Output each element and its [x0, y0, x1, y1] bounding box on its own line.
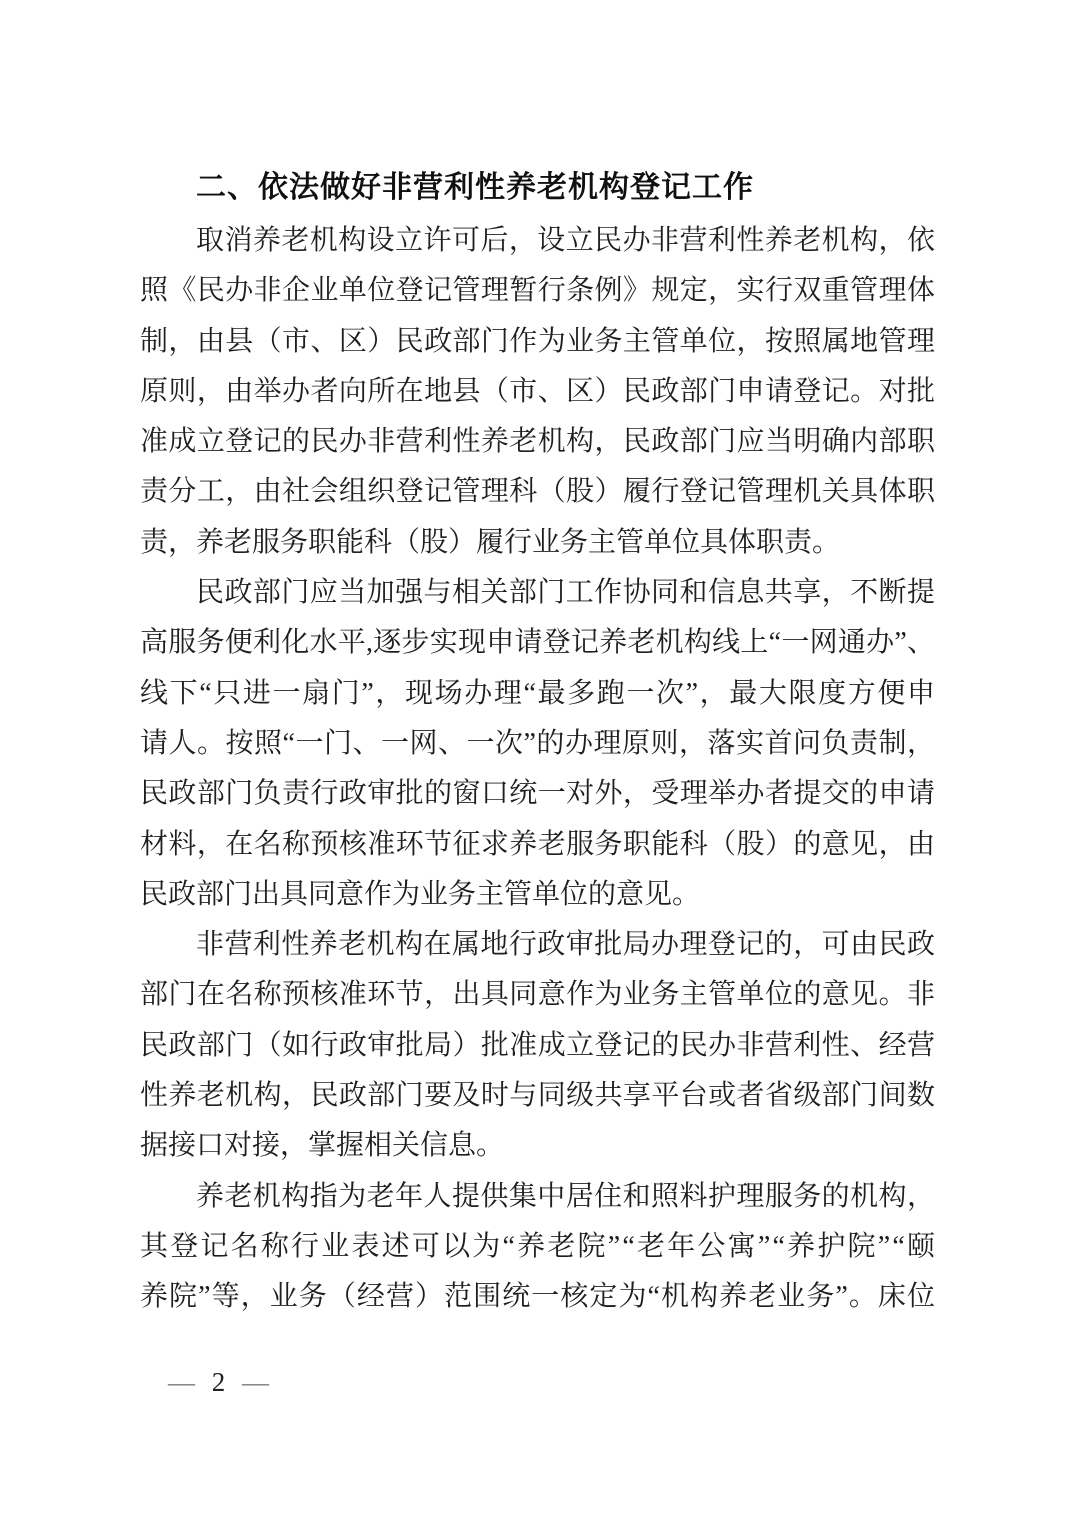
page-number-dash-right: — [242, 1367, 269, 1397]
document-page: 二、依法做好非营利性养老机构登记工作 取消养老机构设立许可后，设立民办非营利性养… [0, 0, 1074, 1520]
text-line: 民政部门出具同意作为业务主管单位的意见。 [140, 870, 935, 920]
text-line: 其登记名称行业表述可以为“养老院”“老年公寓”“养护院”“颐 [140, 1222, 935, 1272]
text-line: 部门在名称预核准环节，出具同意作为业务主管单位的意见。非 [140, 970, 935, 1020]
page-number-value: 2 [212, 1367, 226, 1397]
section-heading: 二、依法做好非营利性养老机构登记工作 [140, 159, 935, 216]
text-line: 民政部门（如行政审批局）批准成立登记的民办非营利性、经营 [140, 1021, 935, 1071]
text-line: 养院”等，业务（经营）范围统一核定为“机构养老业务”。床位 [140, 1272, 935, 1322]
text-line: 材料，在名称预核准环节征求养老服务职能科（股）的意见，由 [140, 820, 935, 870]
text-line: 非营利性养老机构在属地行政审批局办理登记的，可由民政 [140, 920, 935, 970]
paragraphs-container: 取消养老机构设立许可后，设立民办非营利性养老机构，依照《民办非企业单位登记管理暂… [140, 216, 935, 1323]
text-line: 责，养老服务职能科（股）履行业务主管单位具体职责。 [140, 518, 935, 568]
text-line: 线下“只进一扇门”，现场办理“最多跑一次”，最大限度方便申 [140, 669, 935, 719]
text-line: 责分工，由社会组织登记管理科（股）履行登记管理机关具体职 [140, 467, 935, 517]
text-line: 原则，由举办者向所在地县（市、区）民政部门申请登记。对批 [140, 367, 935, 417]
text-line: 民政部门应当加强与相关部门工作协同和信息共享，不断提 [140, 568, 935, 618]
text-line: 据接口对接，掌握相关信息。 [140, 1121, 935, 1171]
text-line: 高服务便利化水平,逐步实现申请登记养老机构线上“一网通办”、 [140, 618, 935, 668]
text-line: 请人。按照“一门、一网、一次”的办理原则，落实首问负责制， [140, 719, 935, 769]
text-line: 养老机构指为老年人提供集中居住和照料护理服务的机构， [140, 1172, 935, 1222]
text-line: 照《民办非企业单位登记管理暂行条例》规定，实行双重管理体 [140, 266, 935, 316]
text-line: 准成立登记的民办非营利性养老机构，民政部门应当明确内部职 [140, 417, 935, 467]
text-line: 民政部门负责行政审批的窗口统一对外，受理举办者提交的申请 [140, 769, 935, 819]
text-line: 制，由县（市、区）民政部门作为业务主管单位，按照属地管理 [140, 317, 935, 367]
text-line: 性养老机构，民政部门要及时与同级共享平台或者省级部门间数 [140, 1071, 935, 1121]
document-body: 二、依法做好非营利性养老机构登记工作 取消养老机构设立许可后，设立民办非营利性养… [140, 159, 935, 1323]
text-line: 取消养老机构设立许可后，设立民办非营利性养老机构，依 [140, 216, 935, 266]
page-number: — 2 — [168, 1362, 269, 1402]
page-number-dash-left: — [168, 1367, 195, 1397]
